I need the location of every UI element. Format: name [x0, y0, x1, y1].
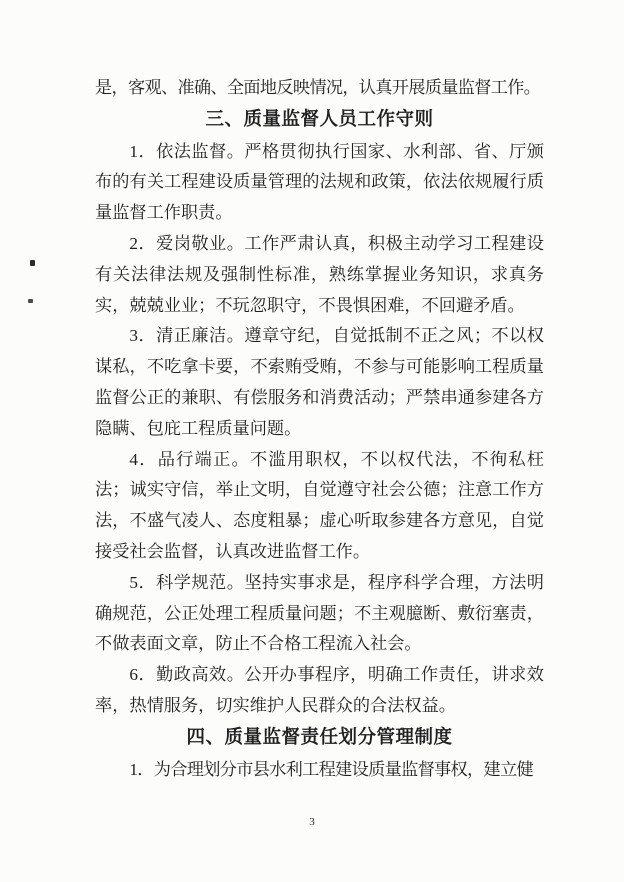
rule-paragraph-1: 1．依法监督。严格贯彻执行国家、水利部、省、厅颁布的有关工程建设质量管理的法规和…: [95, 137, 544, 229]
document-body: 是，客观、准确、全面地反映情况，认真开展质量监督工作。 三、质量监督人员工作守则…: [95, 73, 544, 785]
rule-paragraph-2: 2．爱岗敬业。工作严肃认真，积极主动学习工程建设有关法律法规及强制性标准，熟练掌…: [95, 229, 544, 321]
rule-paragraph-3: 3．清正廉洁。遵章守纪，自觉抵制不正之风；不以权谋私，不吃拿卡要，不索贿受贿，不…: [95, 321, 544, 444]
section-heading-3: 三、质量监督人员工作守则: [95, 105, 544, 136]
section-heading-4: 四、质量监督责任划分管理制度: [95, 723, 544, 754]
paragraph-continuation: 是，客观、准确、全面地反映情况，认真开展质量监督工作。: [95, 73, 544, 104]
rule-paragraph-4: 4．品行端正。不滥用职权，不以权代法，不徇私枉法；诚实守信，举止文明，自觉遵守社…: [95, 445, 544, 568]
rule-paragraph-5: 5．科学规范。坚持实事求是，程序科学合理，方法明确规范，公正处理工程质量问题；不…: [95, 568, 544, 660]
section4-paragraph-1: 1．为合理划分市县水利工程建设质量监督事权，建立健: [95, 755, 544, 786]
scan-speck: [28, 299, 33, 303]
scan-speck: [30, 260, 35, 266]
page-number: 3: [0, 816, 624, 828]
scanned-document-page: 是，客观、准确、全面地反映情况，认真开展质量监督工作。 三、质量监督人员工作守则…: [0, 0, 624, 882]
rule-paragraph-6: 6．勤政高效。公开办事程序，明确工作责任，讲求效率，热情服务，切实维护人民群众的…: [95, 660, 544, 722]
